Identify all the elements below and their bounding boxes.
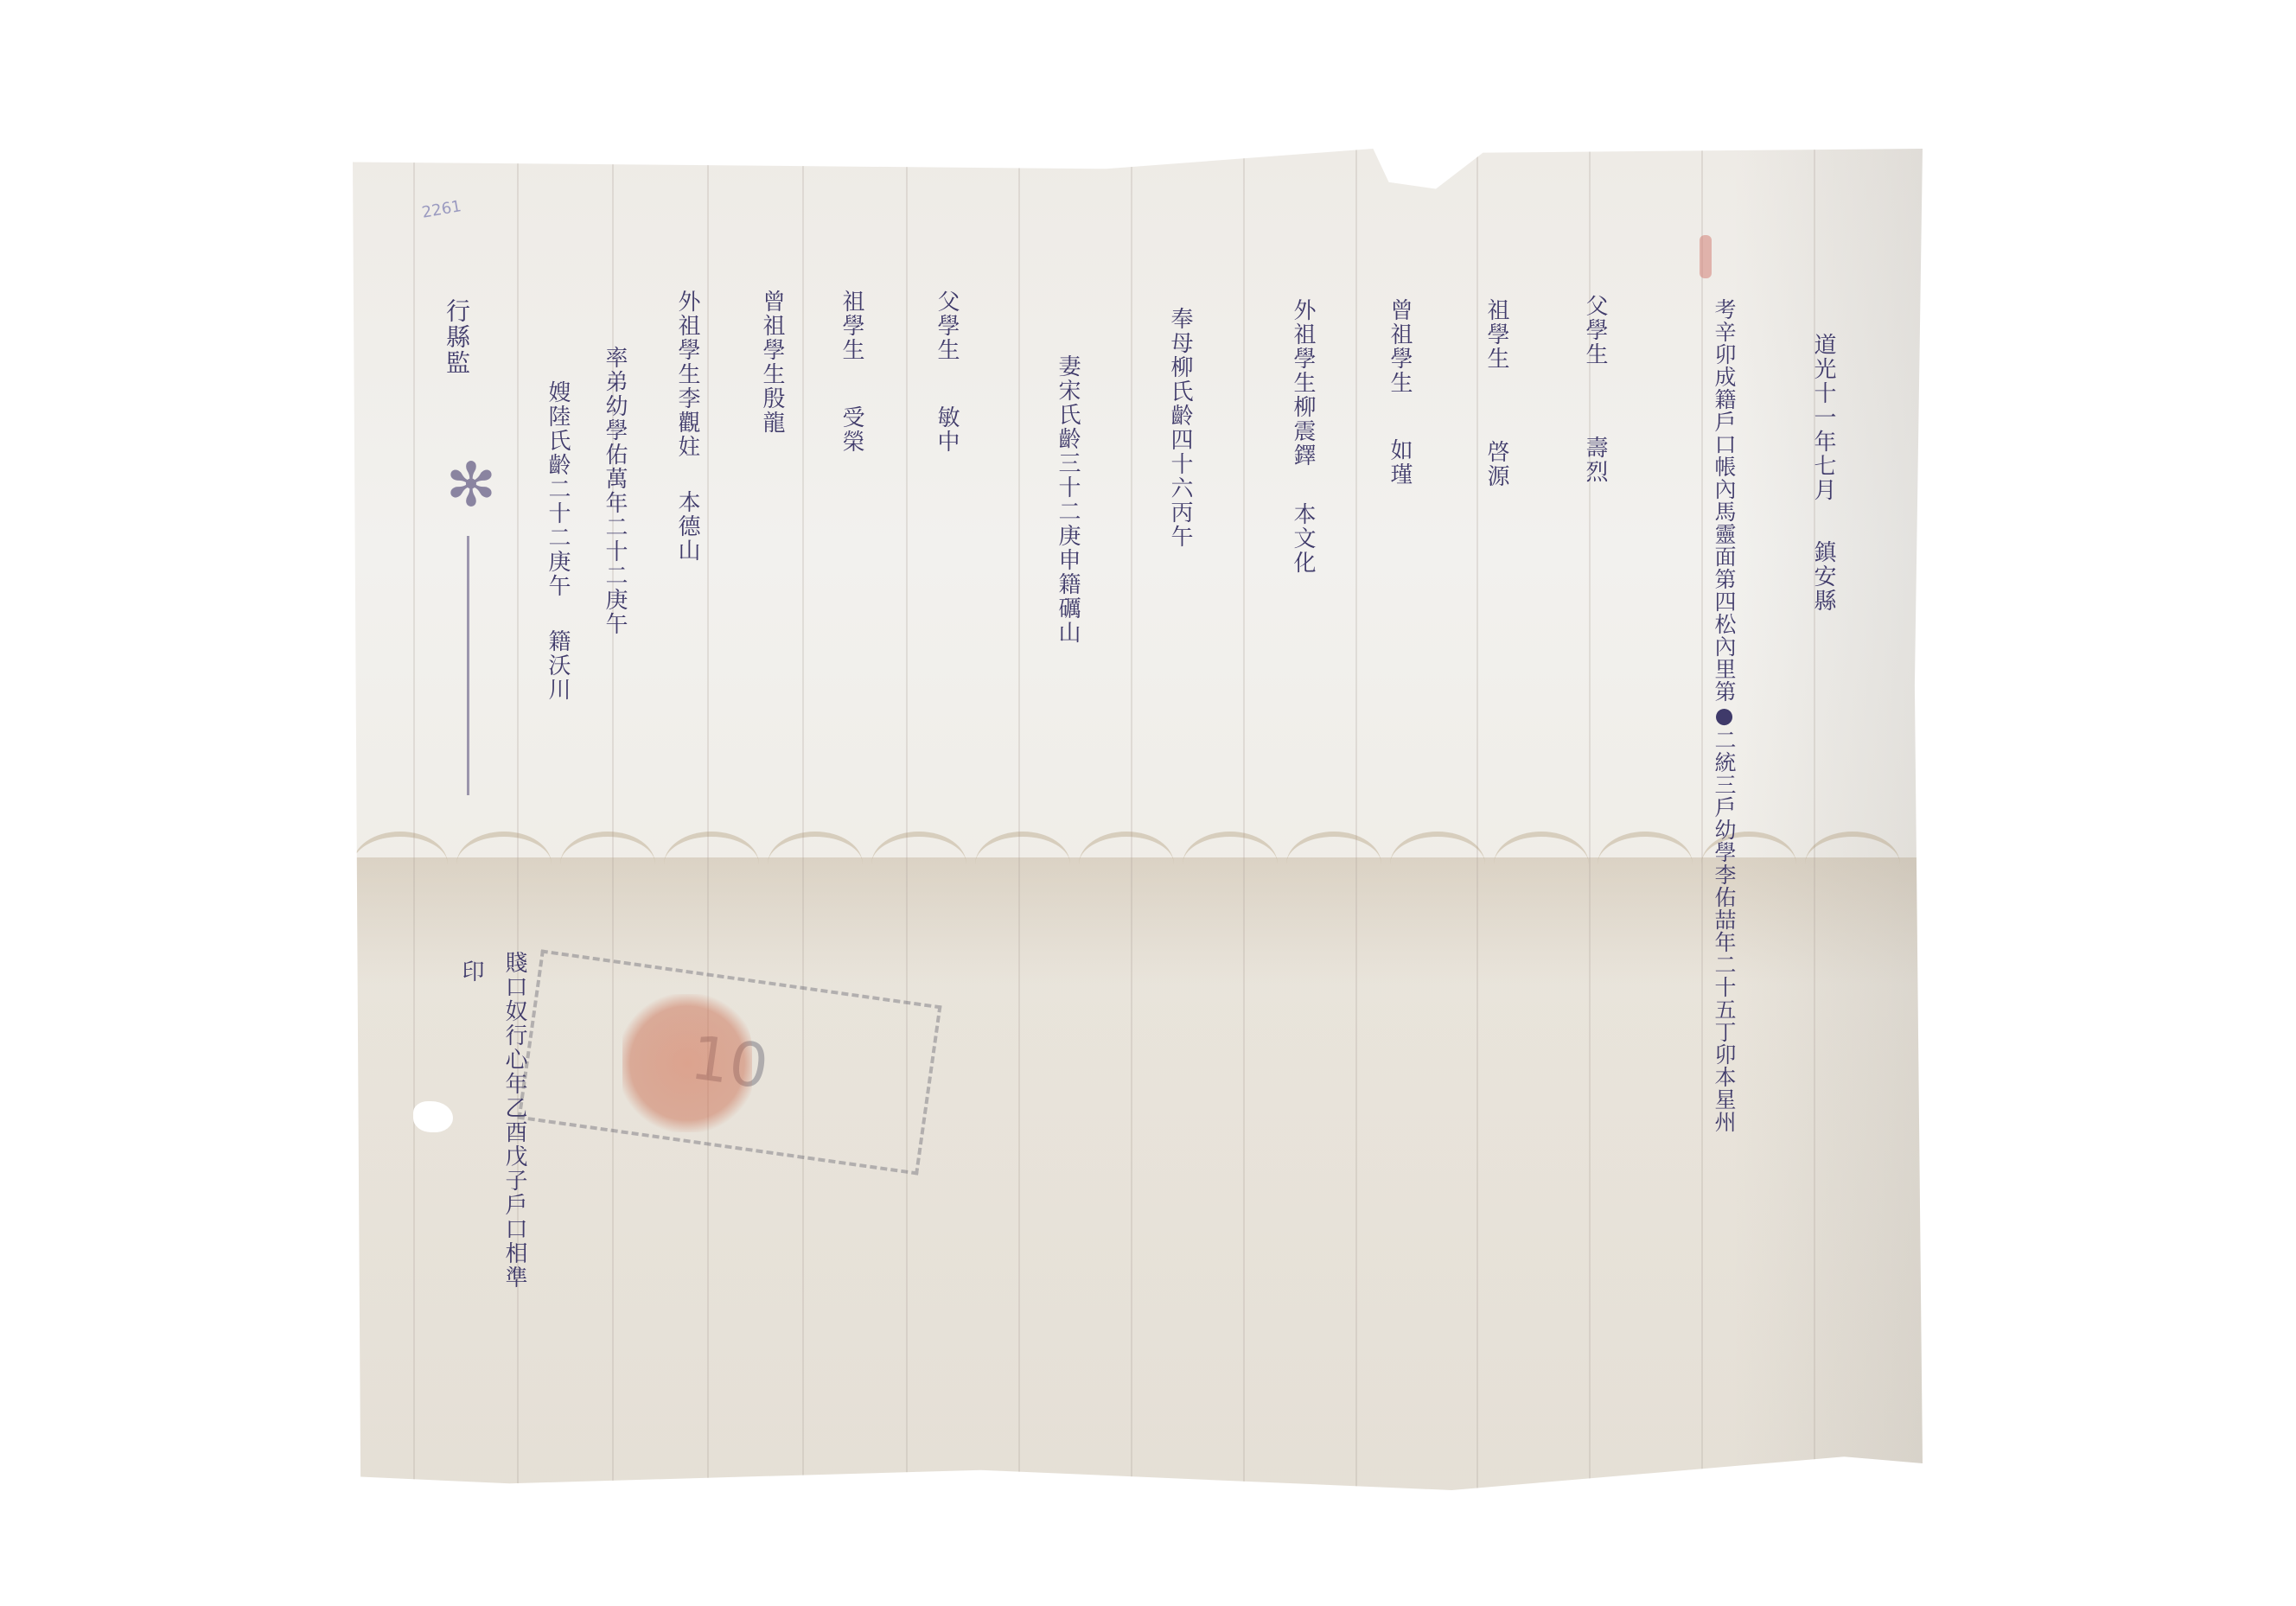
fold-line — [707, 149, 709, 1490]
column-date: 道光十一年七月鎮安縣 — [1812, 333, 1834, 613]
wife-maternal-grandfather-text: 外祖學生李觀妵 — [674, 290, 700, 459]
date-text: 道光十一年七月 — [1810, 333, 1836, 502]
red-mark — [1700, 235, 1712, 278]
great-grandfather-name: 如瑾 — [1387, 438, 1413, 487]
fold-line — [1701, 149, 1703, 1490]
column-slaves: 賤口奴行心年乙酉戊子戶口相準 — [503, 951, 526, 1290]
column-wife-father: 父學生敏中 — [935, 290, 958, 454]
stain-scallop — [1183, 832, 1278, 897]
stain-scallop — [1079, 832, 1174, 897]
column-great-grandfather: 曾祖學生如瑾 — [1388, 298, 1411, 487]
paper-hole — [413, 1101, 453, 1132]
wife-great-grandfather-text: 曾祖學生殷龍 — [759, 290, 785, 435]
wife-grandfather-title: 祖學生 — [839, 290, 864, 362]
sister-in-law-text: 嫂陸氏齡二十二庚午 — [545, 380, 571, 598]
column-wife-grandfather: 祖學生受榮 — [840, 290, 863, 454]
stain-scallop — [664, 832, 759, 897]
stain-scallop — [560, 832, 655, 897]
county-text: 鎮安縣 — [1810, 540, 1836, 613]
fold-line — [802, 149, 804, 1490]
stain-scallop — [768, 832, 863, 897]
column-wife-great-grandfather: 曾祖學生殷龍 — [761, 290, 783, 435]
household-text: 考辛卯成籍戶口帳內馬靈面第四松內里第●二統三戶幼學李佑喆年二十五丁卯本星州 — [1712, 298, 1737, 1133]
sister-in-law-clan: 籍沃川 — [545, 629, 571, 702]
father-title: 父學生 — [1582, 294, 1608, 366]
fold-line — [906, 149, 908, 1490]
stain-scallop — [975, 832, 1070, 897]
mother-text: 奉母柳氏齡四十六丙午 — [1167, 307, 1193, 549]
fold-line — [1243, 149, 1245, 1490]
father-name: 壽烈 — [1582, 436, 1608, 484]
official-signature-icon: ✻ — [432, 449, 510, 536]
stain-scallop — [1598, 832, 1693, 897]
column-brother: 率弟幼學佑萬年二十二庚午 — [603, 346, 626, 636]
stain-scallop — [1390, 832, 1485, 897]
stain-scallop — [1494, 832, 1589, 897]
fold-line — [1355, 149, 1357, 1490]
fold-line — [1131, 149, 1132, 1490]
column-grandfather: 祖學生啓源 — [1485, 298, 1508, 488]
fold-line — [1476, 149, 1478, 1490]
seal-mark-text: 印 — [458, 959, 484, 984]
stain-scallop — [871, 832, 966, 897]
wife-text: 妻宋氏齡三十二庚申籍礪山 — [1055, 354, 1081, 645]
stain-scallop — [1286, 832, 1381, 897]
wife-grandfather-name: 受榮 — [839, 405, 864, 454]
column-wife: 妻宋氏齡三十二庚申籍礪山 — [1056, 354, 1079, 645]
stain-scallop — [353, 832, 448, 897]
column-father: 父學生壽烈 — [1584, 294, 1606, 484]
column-seal-mark: 印 — [460, 959, 482, 984]
wife-maternal-grandfather-clan: 本德山 — [674, 490, 700, 563]
maternal-grandfather-clan: 本文化 — [1290, 502, 1316, 575]
fold-line — [413, 149, 415, 1490]
grandfather-title: 祖學生 — [1483, 298, 1509, 371]
stain-scallop — [1805, 832, 1900, 897]
maternal-grandfather-text: 外祖學生柳震鐸 — [1290, 298, 1316, 468]
brother-text: 率弟幼學佑萬年二十二庚午 — [602, 346, 628, 636]
column-sister-in-law: 嫂陸氏齡二十二庚午籍沃川 — [546, 380, 569, 702]
great-grandfather-title: 曾祖學生 — [1387, 298, 1413, 395]
wife-father-name: 敏中 — [934, 405, 960, 454]
water-stain — [353, 857, 1923, 1490]
wife-father-title: 父學生 — [934, 290, 960, 362]
column-maternal-grandfather: 外祖學生柳震鐸本文化 — [1291, 298, 1314, 575]
fold-line — [1018, 149, 1020, 1490]
signature-stroke — [467, 536, 469, 795]
document-paper — [353, 149, 1923, 1490]
red-seal-icon — [622, 994, 752, 1132]
official-title: 行縣監 — [443, 298, 471, 376]
column-household: 考辛卯成籍戶口帳內馬靈面第四松內里第●二統三戶幼學李佑喆年二十五丁卯本星州 — [1713, 298, 1735, 1133]
stain-scallop — [456, 832, 552, 897]
column-official: 行縣監 — [444, 298, 469, 376]
column-wife-maternal-grandfather: 外祖學生李觀妵本德山 — [676, 290, 698, 563]
slaves-text: 賤口奴行心年乙酉戊子戶口相準 — [501, 951, 527, 1290]
column-mother: 奉母柳氏齡四十六丙午 — [1169, 307, 1191, 549]
grandfather-name: 啓源 — [1483, 440, 1509, 488]
